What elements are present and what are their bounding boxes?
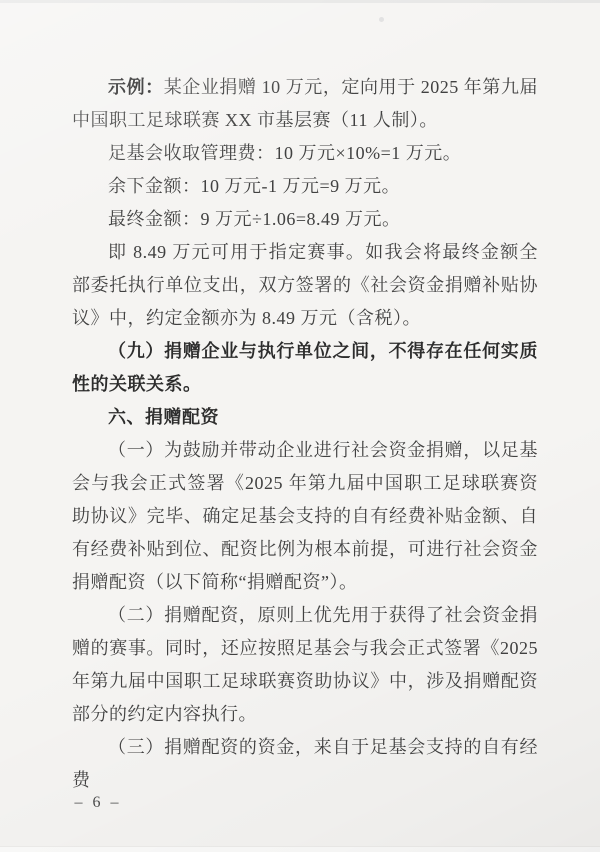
scan-artifact-dot [379,17,384,22]
para-clause-9: （九）捐赠企业与执行单位之间，不得存在任何实质性的关联关系。 [72,335,538,401]
para-final-amount: 最终金额：9 万元÷1.06=8.49 万元。 [72,203,538,236]
para-clause-6-1: （一）为鼓励并带动企业进行社会资金捐赠，以足基会与我会正式签署《2025 年第九… [72,434,538,599]
bold-text-run: 示例： [108,77,164,97]
text-run: 余下金额：10 万元-1 万元=9 万元。 [108,176,400,196]
page-bottom-edge [0,846,600,852]
para-remaining-amount: 余下金额：10 万元-1 万元=9 万元。 [72,170,538,203]
page-top-edge [0,0,600,3]
bold-text-run: （九）捐赠企业与执行单位之间，不得存在任何实质性的关联关系。 [72,341,538,394]
text-run: 足基会收取管理费：10 万元×10%=1 万元。 [108,143,461,163]
text-run: （三）捐赠配资的资金，来自于足基会支持的自有经费 [72,737,538,790]
heading-section-6: 六、捐赠配资 [72,401,538,434]
text-run: （一）为鼓励并带动企业进行社会资金捐赠，以足基会与我会正式签署《2025 年第九… [72,440,538,592]
document-page: 示例：某企业捐赠 10 万元，定向用于 2025 年第九届中国职工足球联赛 XX… [0,0,600,852]
text-run: 即 8.49 万元可用于指定赛事。如我会将最终金额全部委托执行单位支出，双方签署… [72,242,538,328]
page-number: – 6 – [70,794,126,812]
para-clause-6-2: （二）捐赠配资，原则上优先用于获得了社会资金捐赠的赛事。同时，还应按照足基会与我… [72,599,538,731]
para-management-fee: 足基会收取管理费：10 万元×10%=1 万元。 [72,137,538,170]
para-designated-event: 即 8.49 万元可用于指定赛事。如我会将最终金额全部委托执行单位支出，双方签署… [72,236,538,335]
bold-text-run: 六、捐赠配资 [108,407,219,427]
para-example-intro: 示例：某企业捐赠 10 万元，定向用于 2025 年第九届中国职工足球联赛 XX… [72,71,538,137]
document-body: 示例：某企业捐赠 10 万元，定向用于 2025 年第九届中国职工足球联赛 XX… [72,71,538,797]
para-clause-6-3: （三）捐赠配资的资金，来自于足基会支持的自有经费 [72,731,538,797]
text-run: 最终金额：9 万元÷1.06=8.49 万元。 [108,209,401,229]
text-run: （二）捐赠配资，原则上优先用于获得了社会资金捐赠的赛事。同时，还应按照足基会与我… [72,605,538,724]
